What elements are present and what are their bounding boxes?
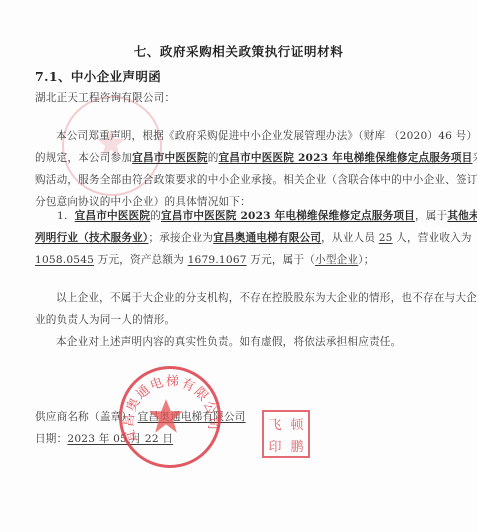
page-title: 七、政府采购相关政策执行证明材料: [0, 42, 477, 60]
svg-text:宜昌奥通电梯有限公司: 宜昌奥通电梯有限公司: [122, 373, 221, 444]
staff-count: 25: [379, 232, 393, 244]
seal-char: 飞: [268, 414, 281, 433]
item-project: 宜昌市中医医院 2023 年电梯维保维修定点服务项目: [161, 210, 415, 222]
item1-line3: 1058.0545 万元，资产总额为 1679.1067 万元，属于（小型企业）…: [35, 253, 375, 267]
assets-value: 1679.1067: [188, 254, 247, 266]
para3: 本企业对上述声明内容的真实性负责。如有虚假，将依法承担相应责任。: [56, 335, 401, 349]
para1-line2: 的规定，本公司参加宜昌市中医医院的宜昌市中医医院 2023 年电梯维保维修定点服…: [35, 151, 477, 165]
seal-char: 印: [268, 436, 281, 455]
para1-line3: 购活动，服务全部由符合政策要求的中小企业承接。相关企业（含联合体中的中小企业、签…: [35, 173, 477, 187]
item-number: 1.: [57, 210, 68, 222]
para1-line4: 分包意向协议的中小企业）的具体情况如下：: [35, 195, 251, 209]
para1-text: 的规定，本公司参加: [35, 152, 132, 164]
revenue-value: 1058.0545: [35, 254, 94, 266]
seal-char: 顿: [290, 414, 303, 433]
item-text: 万元，属于（: [250, 254, 315, 266]
item-text: ）；: [358, 254, 374, 266]
item-purchaser: 宜昌市中医医院: [75, 210, 151, 222]
para1-text: 的: [208, 152, 219, 164]
addressee: 湖北正天工程咨询有限公司：: [35, 91, 175, 105]
item-industry-cont: 列明行业（技术服务业）: [35, 232, 148, 244]
item-text: ，从业人员: [321, 232, 375, 244]
enterprise-size: 小型企业: [315, 254, 358, 266]
item-industry: 其他未: [447, 210, 477, 222]
contractor-name: 宜昌奥通电梯有限公司: [213, 232, 321, 244]
date-label: 日期：: [35, 433, 67, 445]
item1-line2: 列明行业（技术服务业）；承接企业为宜昌奥通电梯有限公司，从业人员 25 人，营业…: [35, 231, 472, 245]
para2-line1: 以上企业，不属于大企业的分支机构，不存在控股股东为大企业的情形，也不存在与大企: [56, 291, 477, 305]
project-name: 宜昌市中医医院 2023 年电梯维保维修定点服务项目: [219, 152, 473, 164]
personal-seal-stamp: 飞 顿 印 鹏: [262, 410, 310, 458]
para1-text: 采: [472, 152, 477, 164]
item1-line1: 1. 宜昌市中医医院的宜昌市中医医院 2023 年电梯维保维修定点服务项目，属于…: [57, 209, 477, 223]
para2-line2: 业的负责人为同一人的情形。: [35, 313, 175, 327]
item-text: ；承接企业为: [148, 232, 213, 244]
seal-char: 鹏: [290, 436, 303, 455]
section-heading: 7.1、中小企业声明函: [35, 67, 161, 85]
item-text: 万元，资产总额为: [98, 254, 184, 266]
item-text: 的: [150, 210, 161, 222]
purchaser-name: 宜昌市中医医院: [132, 152, 208, 164]
document-page: 七、政府采购相关政策执行证明材料 7.1、中小企业声明函 湖北正天工程咨询有限公…: [0, 0, 477, 532]
para1-line1: 本公司郑重声明，根据《政府采购促进中小企业发展管理办法》（财库 （2020）46…: [56, 129, 477, 143]
item-text: ，属于: [415, 210, 447, 222]
company-seal-text: 宜昌奥通电梯有限公司: [119, 366, 221, 468]
item-text: 人，营业收入为: [396, 232, 472, 244]
